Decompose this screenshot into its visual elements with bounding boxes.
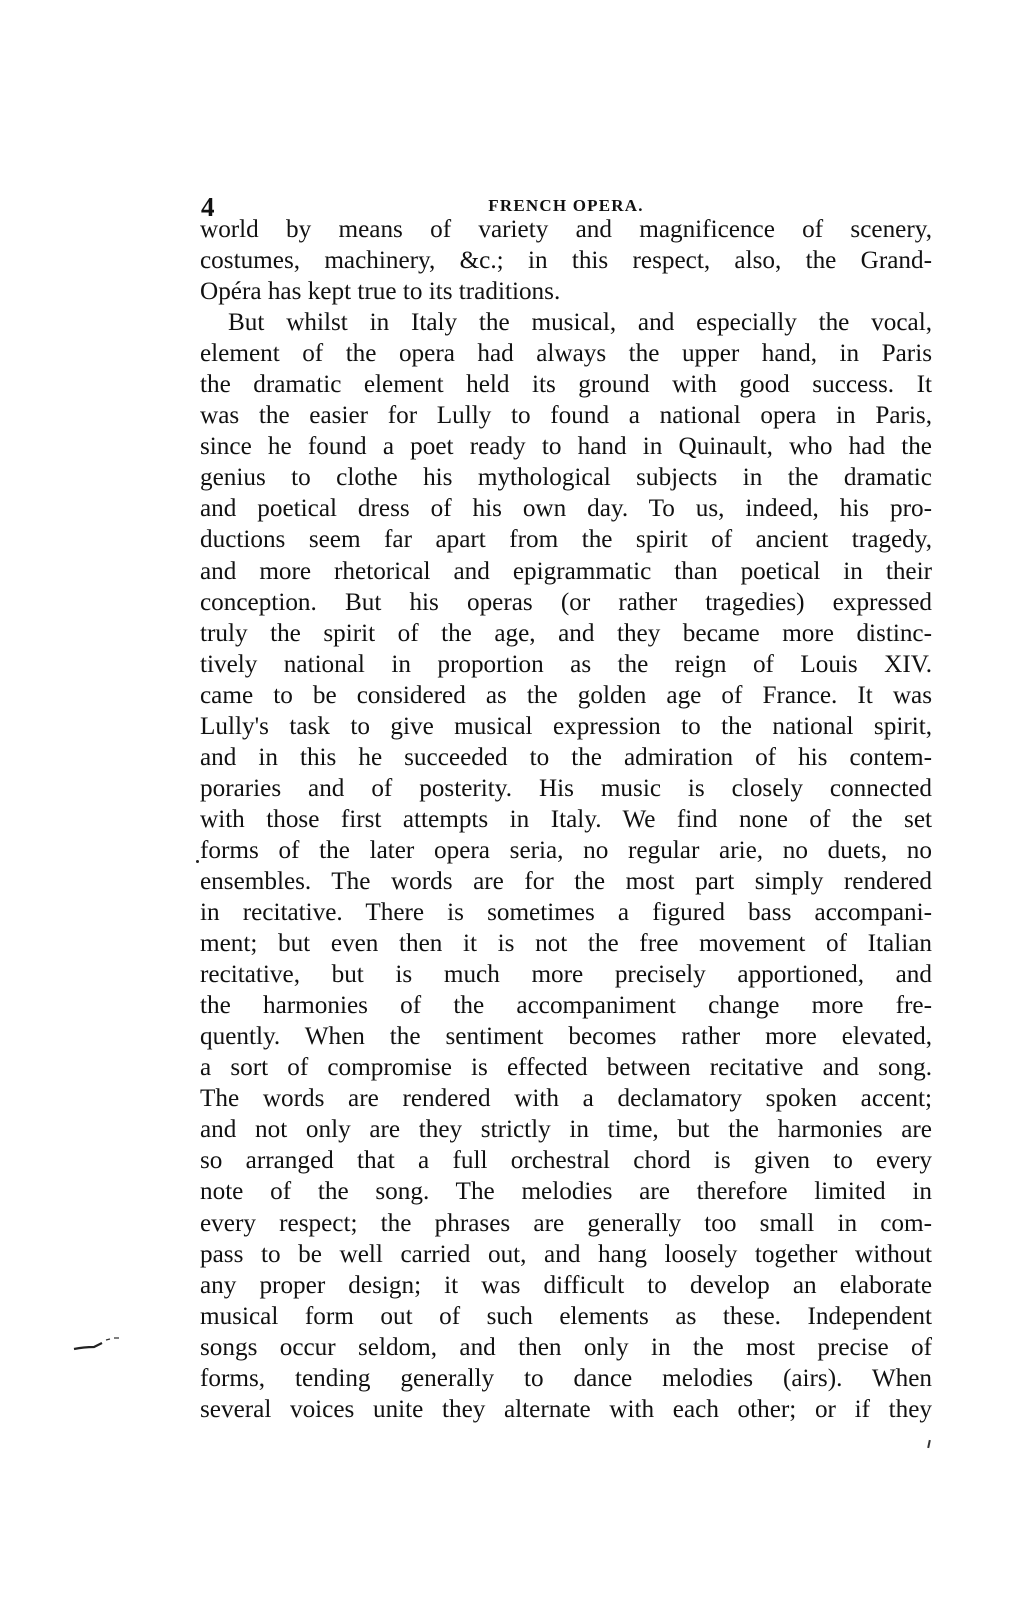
text-line: and not only are they strictly in time, … xyxy=(200,1114,932,1145)
text-line: the harmonies of the accompaniment chang… xyxy=(200,990,932,1021)
text-line: poraries and of posterity. His music is … xyxy=(200,773,932,804)
text-line: a sort of compromise is effected between… xyxy=(200,1052,932,1083)
text-line: in recitative. There is sometimes a figu… xyxy=(200,897,932,928)
text-line: forms of the later opera seria, no regul… xyxy=(200,835,932,866)
text-line: recitative, but is much more precisely a… xyxy=(200,959,932,990)
text-line: truly the spirit of the age, and they be… xyxy=(200,618,932,649)
scan-speck-mark xyxy=(196,860,199,863)
book-page: 4 FRENCH OPERA. world by means of variet… xyxy=(0,0,1034,1600)
paragraph-start-line: But whilst in Italy the musical, and esp… xyxy=(200,307,932,338)
text-line: since he found a poet ready to hand in Q… xyxy=(200,431,932,462)
text-line: and poetical dress of his own day. To us… xyxy=(200,493,932,524)
text-line: Lully's task to give musical expression … xyxy=(200,711,932,742)
text-line: the dramatic element held its ground wit… xyxy=(200,369,932,400)
text-line: so arranged that a full orchestral chord… xyxy=(200,1145,932,1176)
text-line: and more rhetorical and epigrammatic tha… xyxy=(200,556,932,587)
body-text: world by means of variety and magnificen… xyxy=(200,214,932,1425)
text-line: musical form out of such elements as the… xyxy=(200,1301,932,1332)
text-line: ment; but even then it is not the free m… xyxy=(200,928,932,959)
text-line: every respect; the phrases are generally… xyxy=(200,1208,932,1239)
text-line: songs occur seldom, and then only in the… xyxy=(200,1332,932,1363)
text-line: several voices unite they alternate with… xyxy=(200,1394,932,1425)
text-line: genius to clothe his mythological subjec… xyxy=(200,462,932,493)
text-line: was the easier for Lully to found a nati… xyxy=(200,400,932,431)
text-line: world by means of variety and magnificen… xyxy=(200,214,932,245)
text-line: came to be considered as the golden age … xyxy=(200,680,932,711)
text-line: Opéra has kept true to its traditions. xyxy=(200,276,932,307)
text-line: with those first attempts in Italy. We f… xyxy=(200,804,932,835)
text-line: any proper design; it was difficult to d… xyxy=(200,1270,932,1301)
running-title: FRENCH OPERA. xyxy=(200,196,932,216)
text-line: ensembles. The words are for the most pa… xyxy=(200,866,932,897)
text-line: element of the opera had always the uppe… xyxy=(200,338,932,369)
text-line: pass to be well carried out, and hang lo… xyxy=(200,1239,932,1270)
text-line: ductions seem far apart from the spirit … xyxy=(200,524,932,555)
text-line: note of the song. The melodies are there… xyxy=(200,1176,932,1207)
scan-edge-tick xyxy=(927,1440,931,1448)
text-line: forms, tending generally to dance melodi… xyxy=(200,1363,932,1394)
text-line: The words are rendered with a declamator… xyxy=(200,1083,932,1114)
text-line: conception. But his operas (or rather tr… xyxy=(200,587,932,618)
scan-margin-squiggle xyxy=(72,1335,132,1355)
text-line: quently. When the sentiment becomes rath… xyxy=(200,1021,932,1052)
text-line: costumes, machinery, &c.; in this respec… xyxy=(200,245,932,276)
text-line: tively national in proportion as the rei… xyxy=(200,649,932,680)
text-line: and in this he succeeded to the admirati… xyxy=(200,742,932,773)
